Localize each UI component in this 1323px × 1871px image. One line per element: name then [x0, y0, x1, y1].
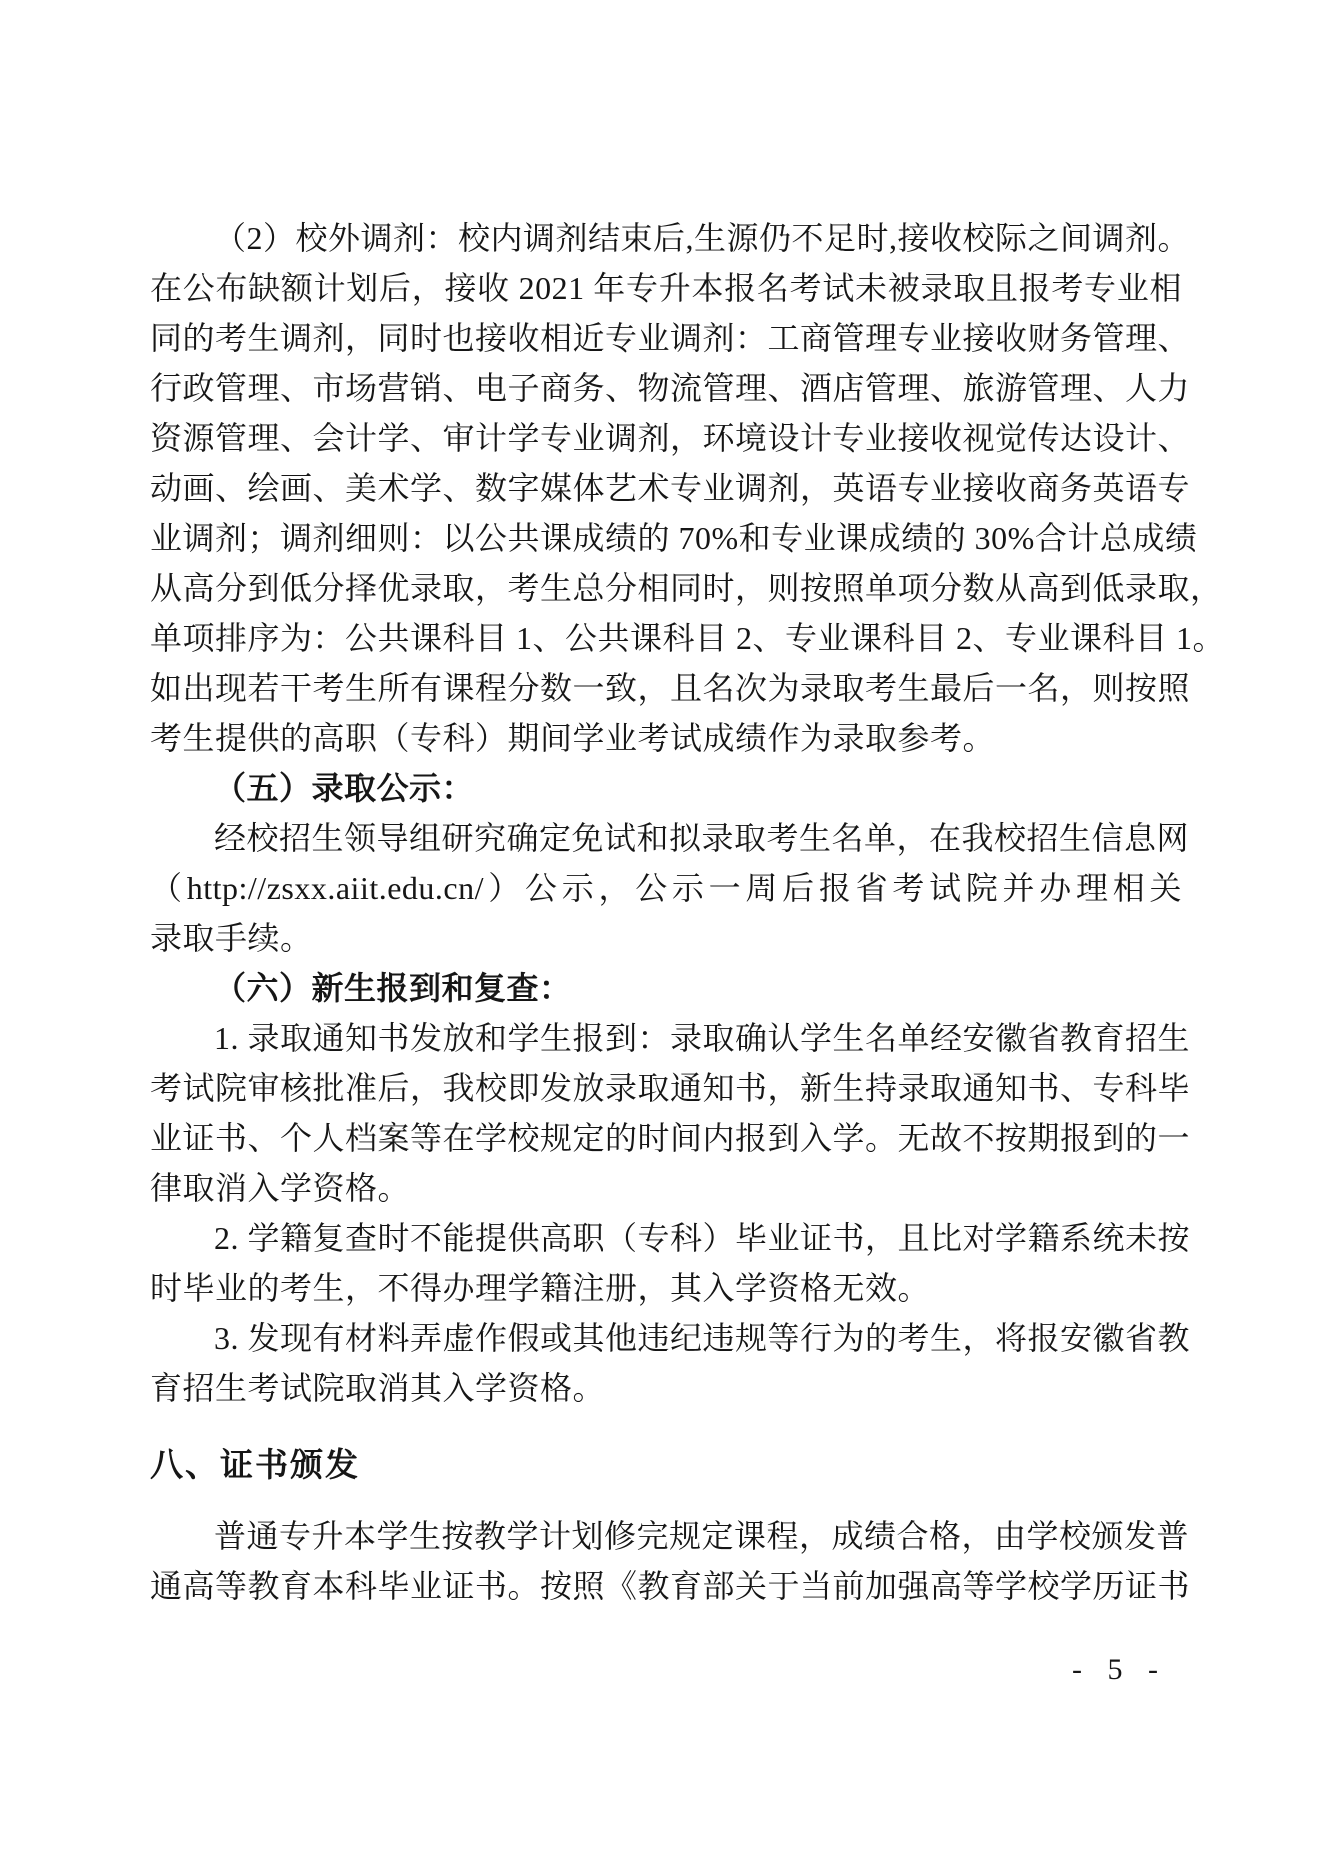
sub-heading: （六）新生报到和复查：: [150, 963, 1182, 1013]
text-line: 育招生考试院取消其入学资格。: [150, 1363, 1182, 1413]
text-line: （http://zsxx.aiit.edu.cn/）公示，公示一周后报省考试院并…: [150, 863, 1182, 913]
text-line: 动画、绘画、美术学、数字媒体艺术专业调剂，英语专业接收商务英语专: [150, 463, 1182, 513]
text-line: 普通专升本学生按教学计划修完规定课程，成绩合格，由学校颁发普: [150, 1511, 1182, 1561]
text-line: 行政管理、市场营销、电子商务、物流管理、酒店管理、旅游管理、人力: [150, 363, 1182, 413]
text-line: 业证书、个人档案等在学校规定的时间内报到入学。无故不按期报到的一: [150, 1113, 1182, 1163]
text-line: 2. 学籍复查时不能提供高职（专科）毕业证书，且比对学籍系统未按: [150, 1213, 1182, 1263]
text-line: 经校招生领导组研究确定免试和拟录取考生名单，在我校招生信息网: [150, 813, 1182, 863]
sub-heading: （五）录取公示：: [150, 763, 1182, 813]
text-line: 时毕业的考生，不得办理学籍注册，其入学资格无效。: [150, 1263, 1182, 1313]
text-line: （2）校外调剂：校内调剂结束后,生源仍不足时,接收校际之间调剂。: [150, 213, 1182, 263]
text-line: 考生提供的高职（专科）期间学业考试成绩作为录取参考。: [150, 713, 1182, 763]
text-line: 在公布缺额计划后，接收 2021 年专升本报名考试未被录取且报考专业相: [150, 263, 1182, 313]
text-line: 单项排序为：公共课科目 1、公共课科目 2、专业课科目 2、专业课科目 1。: [150, 613, 1182, 663]
text-line: 考试院审核批准后，我校即发放录取通知书，新生持录取通知书、专科毕: [150, 1063, 1182, 1113]
document-body: （2）校外调剂：校内调剂结束后,生源仍不足时,接收校际之间调剂。在公布缺额计划后…: [150, 213, 1182, 1611]
text-line: 同的考生调剂，同时也接收相近专业调剂：工商管理专业接收财务管理、: [150, 313, 1182, 363]
text-line: 从高分到低分择优录取，考生总分相同时，则按照单项分数从高到低录取，: [150, 563, 1182, 613]
text-line: 录取手续。: [150, 913, 1182, 963]
text-line: 如出现若干考生所有课程分数一致，且名次为录取考生最后一名，则按照: [150, 663, 1182, 713]
text-line: 业调剂；调剂细则：以公共课成绩的 70%和专业课成绩的 30%合计总成绩: [150, 513, 1182, 563]
text-line: 通高等教育本科毕业证书。按照《教育部关于当前加强高等学校学历证书: [150, 1561, 1182, 1611]
section-heading: 八、证书颁发: [150, 1440, 1182, 1490]
document-page: （2）校外调剂：校内调剂结束后,生源仍不足时,接收校际之间调剂。在公布缺额计划后…: [0, 0, 1323, 1871]
text-line: 3. 发现有材料弄虚作假或其他违纪违规等行为的考生，将报安徽省教: [150, 1313, 1182, 1363]
page-number: - 5 -: [1072, 1649, 1167, 1691]
text-line: 律取消入学资格。: [150, 1163, 1182, 1213]
text-line: 资源管理、会计学、审计学专业调剂，环境设计专业接收视觉传达设计、: [150, 413, 1182, 463]
text-line: 1. 录取通知书发放和学生报到：录取确认学生名单经安徽省教育招生: [150, 1013, 1182, 1063]
